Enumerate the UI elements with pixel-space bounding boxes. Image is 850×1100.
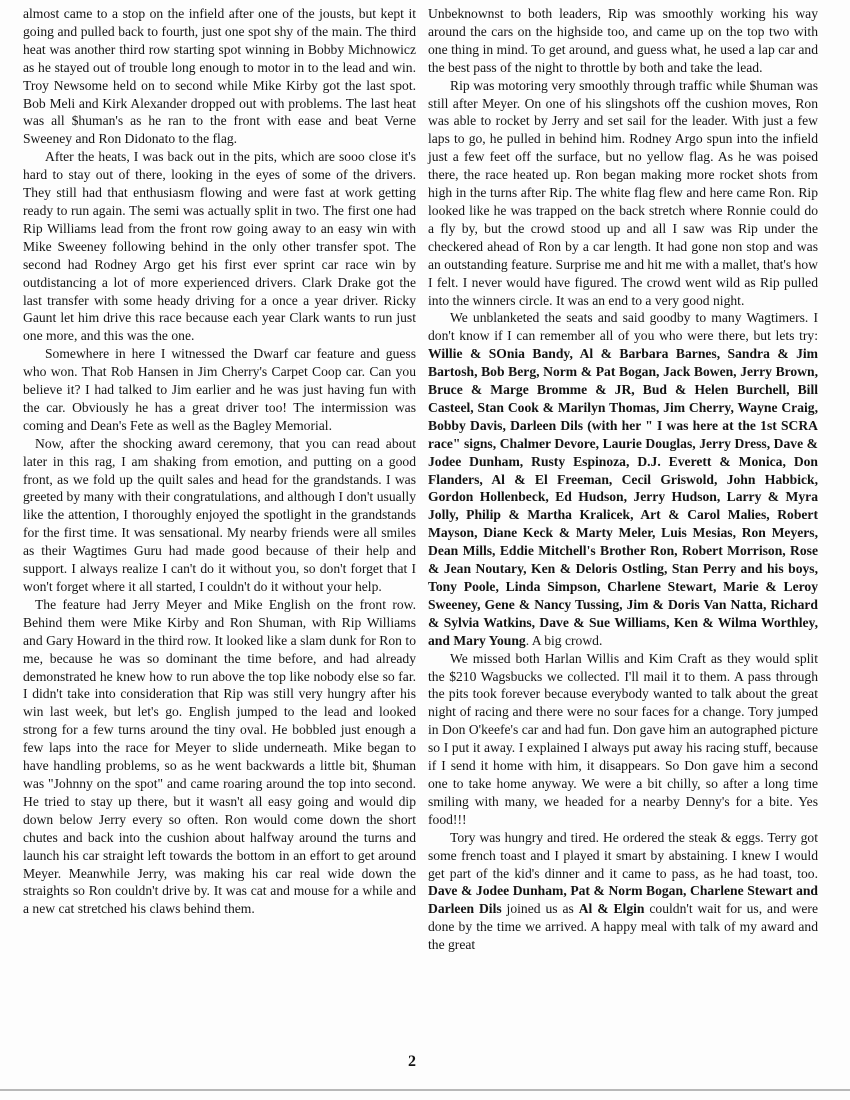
paragraph-semi: After the heats, I was back out in the p… bbox=[23, 148, 416, 345]
paragraph-award: Now, after the shocking award ceremony, … bbox=[23, 435, 416, 596]
dennys-names-2: Al & Elgin bbox=[579, 901, 645, 916]
paragraph-heats-continued: almost came to a stop on the infield aft… bbox=[23, 5, 416, 148]
page-number: 2 bbox=[408, 1053, 416, 1071]
paragraph-dennys: Tory was hungry and tired. He ordered th… bbox=[428, 829, 818, 954]
wagtimers-names: Willie & SOnia Bandy, Al & Barbara Barne… bbox=[428, 346, 818, 648]
wagtimers-outro: . A big crowd. bbox=[526, 633, 603, 648]
bottom-rule bbox=[0, 1089, 850, 1091]
left-column: almost came to a stop on the infield aft… bbox=[23, 5, 416, 918]
wagtimers-intro: We unblanketed the seats and said goodby… bbox=[428, 310, 818, 343]
dennys-mid: joined us as bbox=[502, 901, 579, 916]
paragraph-feature: The feature had Jerry Meyer and Mike Eng… bbox=[23, 596, 416, 918]
paragraph-dwarf-car: Somewhere in here I witnessed the Dwarf … bbox=[23, 345, 416, 435]
paragraph-rip-pass: Unbeknownst to both leaders, Rip was smo… bbox=[428, 5, 818, 77]
paragraph-wagtimers: We unblanketed the seats and said goodby… bbox=[428, 309, 818, 649]
right-column: Unbeknownst to both leaders, Rip was smo… bbox=[428, 5, 818, 954]
document-page: almost came to a stop on the infield aft… bbox=[0, 0, 850, 1100]
dennys-intro: Tory was hungry and tired. He ordered th… bbox=[428, 830, 818, 881]
paragraph-wagsbucks: We missed both Harlan Willis and Kim Cra… bbox=[428, 650, 818, 829]
paragraph-finish: Rip was motoring very smoothly through t… bbox=[428, 77, 818, 310]
